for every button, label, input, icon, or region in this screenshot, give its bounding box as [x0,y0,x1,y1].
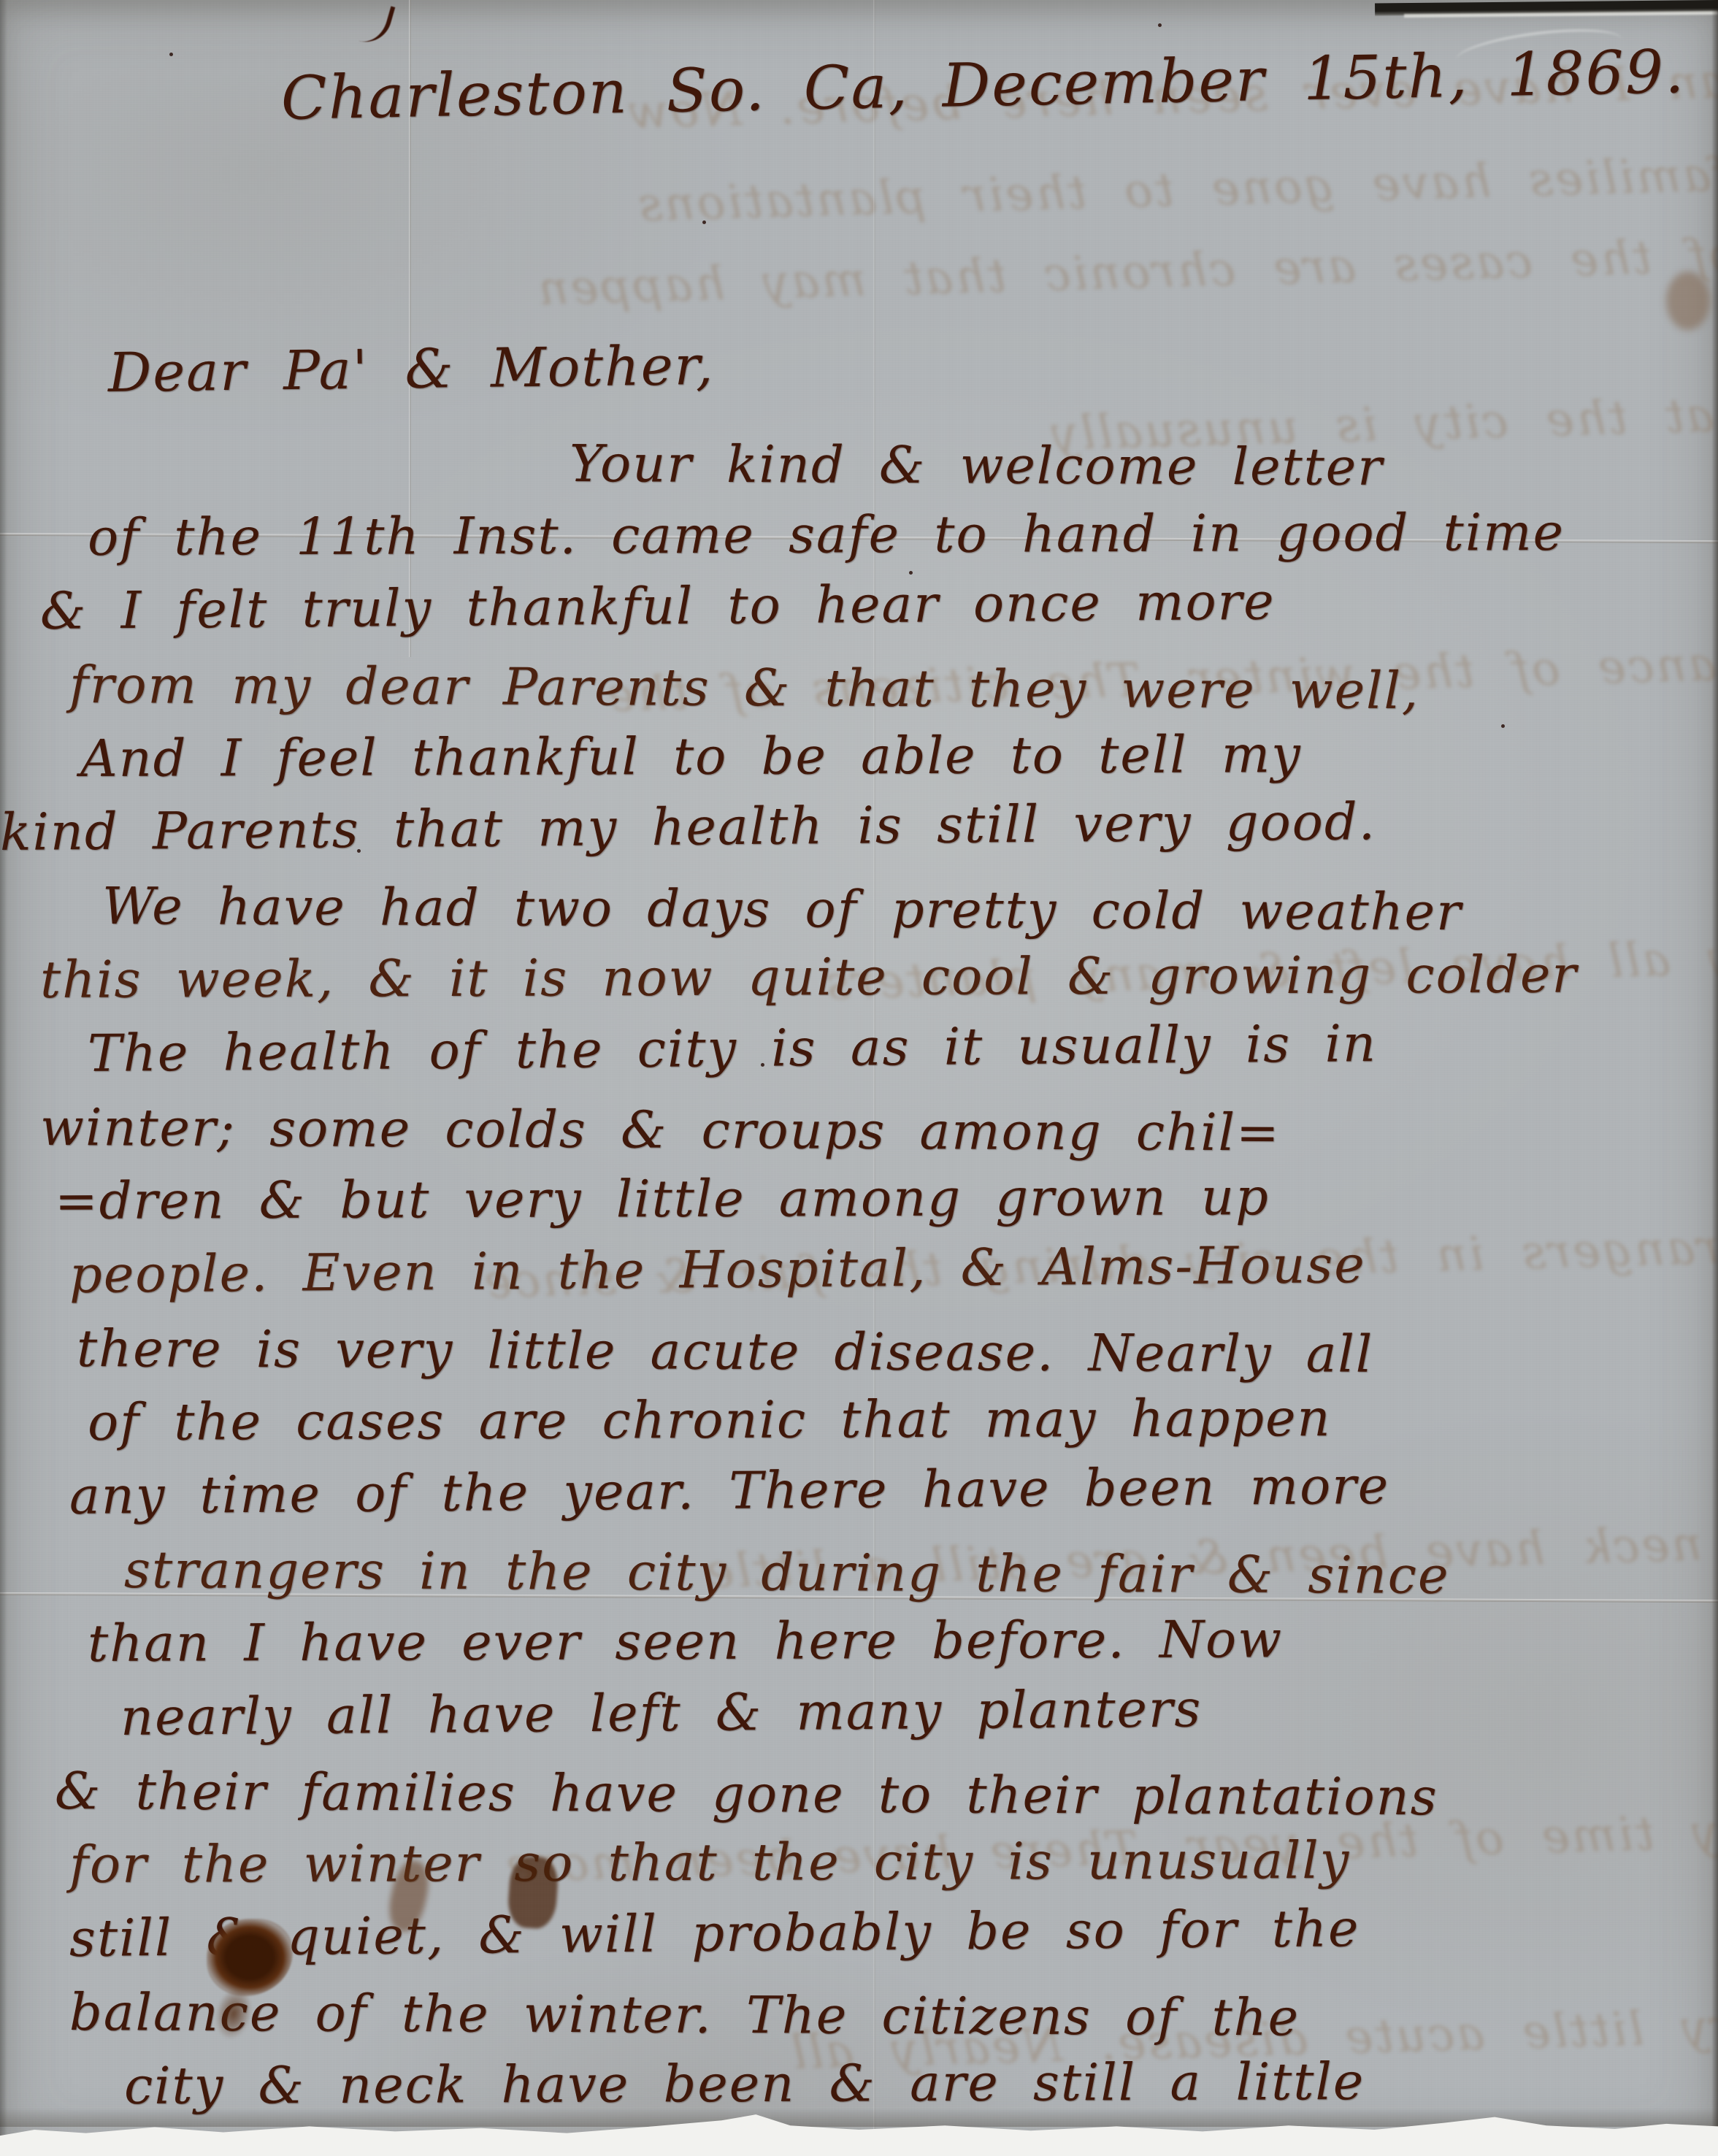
body-line: this week, & it is now quite cool & grow… [40,937,1718,1017]
body-line: of the cases are chronic that may happen [88,1380,1718,1459]
body-line: & I felt truly thankful to hear once mor… [40,561,1718,648]
letter-paper: than I have ever seen here before. Now &… [0,0,1718,2156]
right-page-edge [1711,0,1718,2156]
ink-speck [1501,724,1505,728]
body-line: for the winter so that the city is unusu… [69,1822,1718,1902]
body-line: =dren & but very little among grown up [55,1159,1718,1238]
body-line: kind Parents that my health is still ver… [0,783,1718,870]
stray-pen-stroke [358,0,396,48]
bleed-through-text: & their families have gone to their plan… [145,141,1718,246]
body-line: Your kind & welcome letter [570,427,1718,506]
body-line: people. Even in the Hospital, & Alms-Hou… [69,1225,1718,1312]
ink-speck [761,1063,764,1067]
ink-speck [169,53,173,56]
body-line: nearly all have left & many planters [120,1668,1718,1754]
ink-speck [909,571,913,575]
body-line: any time of the year. There have been mo… [69,1446,1718,1533]
salutation: Dear Pa' & Mother, [107,334,714,404]
paper-stain [1666,272,1710,330]
ink-speck [469,1505,472,1509]
ink-speck [357,849,361,853]
body-line: still & quiet, & will probably be so for… [69,1889,1718,1976]
bleed-through-text: of the cases are chronic that may happen [0,229,1718,334]
letter-body: Your kind & welcome letter of the 11th I… [0,427,1718,2123]
body-line: than I have ever seen here before. Now [88,1601,1718,1681]
ink-speck [702,220,706,224]
left-page-edge [0,0,7,2156]
body-line: The health of the city is as it usually … [88,1004,1718,1091]
place-text: Charleston So. Ca, [280,53,909,134]
scanned-letter-page: than I have ever seen here before. Now &… [0,0,1718,2156]
ink-speck [1158,23,1162,27]
